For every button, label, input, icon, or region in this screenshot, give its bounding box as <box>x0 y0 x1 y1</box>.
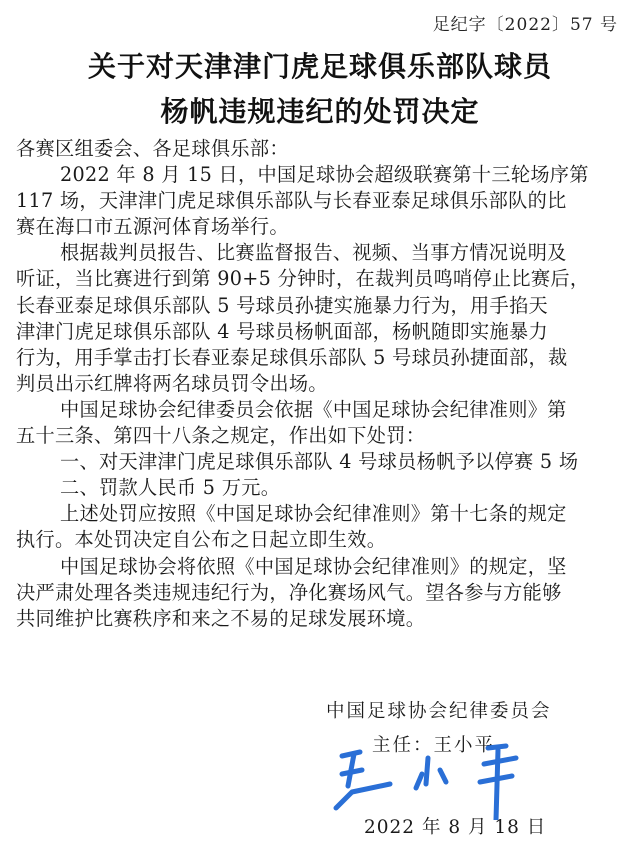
body-line: 听证，当比赛进行到第 90+5 分钟时，在裁判员鸣哨停止比赛后， <box>16 266 638 292</box>
body-line: 2022 年 8 月 15 日，中国足球协会超级联赛第十三轮场序第 <box>16 162 638 188</box>
body-line: 一、对天津津门虎足球俱乐部队 4 号球员杨帆予以停赛 5 场 <box>16 449 638 475</box>
body-line: 中国足球协会将依照《中国足球协会纪律准则》的规定，坚 <box>16 554 638 580</box>
body-line: 上述处罚应按照《中国足球协会纪律准则》第十七条的规定 <box>16 501 638 527</box>
body-line: 中国足球协会纪律委员会依据《中国足球协会纪律准则》第 <box>16 397 638 423</box>
body-line: 执行。本处罚决定自公布之日起立即生效。 <box>16 527 638 553</box>
document-body: 各赛区组委会、各足球俱乐部：2022 年 8 月 15 日，中国足球协会超级联赛… <box>16 136 638 632</box>
document-title-line-2: 杨帆违规违纪的处罚决定 <box>0 90 640 130</box>
body-line: 二、罚款人民币 5 万元。 <box>16 475 638 501</box>
body-line: 117 场，天津津门虎足球俱乐部队与长春亚泰足球俱乐部队的比 <box>16 188 638 214</box>
document-date: 2022 年 8 月 18 日 <box>364 813 546 839</box>
body-line: 赛在海口市五源河体育场举行。 <box>16 214 638 240</box>
body-line: 各赛区组委会、各足球俱乐部： <box>16 136 638 162</box>
body-line: 行为，用手掌击打长春亚泰足球俱乐部队 5 号球员孙捷面部，裁 <box>16 345 638 371</box>
body-line: 共同维护比赛秩序和来之不易的足球发展环境。 <box>16 606 638 632</box>
body-line: 决严肃处理各类违规违纪行为，净化赛场风气。望各参与方能够 <box>16 580 638 606</box>
body-line: 根据裁判员报告、比赛监督报告、视频、当事方情况说明及 <box>16 240 638 266</box>
body-line: 五十三条、第四十八条之规定，作出如下处罚： <box>16 423 638 449</box>
document-title-line-1: 关于对天津津门虎足球俱乐部队球员 <box>0 45 640 85</box>
handwritten-signature <box>330 740 530 820</box>
body-line: 长春亚泰足球俱乐部队 5 号球员孙捷实施暴力行为，用手掐天 <box>16 293 638 319</box>
signing-organization: 中国足球协会纪律委员会 <box>326 697 552 723</box>
body-line: 判员出示红牌将两名球员罚令出场。 <box>16 371 638 397</box>
document-number: 足纪字〔2022〕57 号 <box>433 10 618 35</box>
body-line: 津津门虎足球俱乐部队 4 号球员杨帆面部，杨帆随即实施暴力 <box>16 319 638 345</box>
